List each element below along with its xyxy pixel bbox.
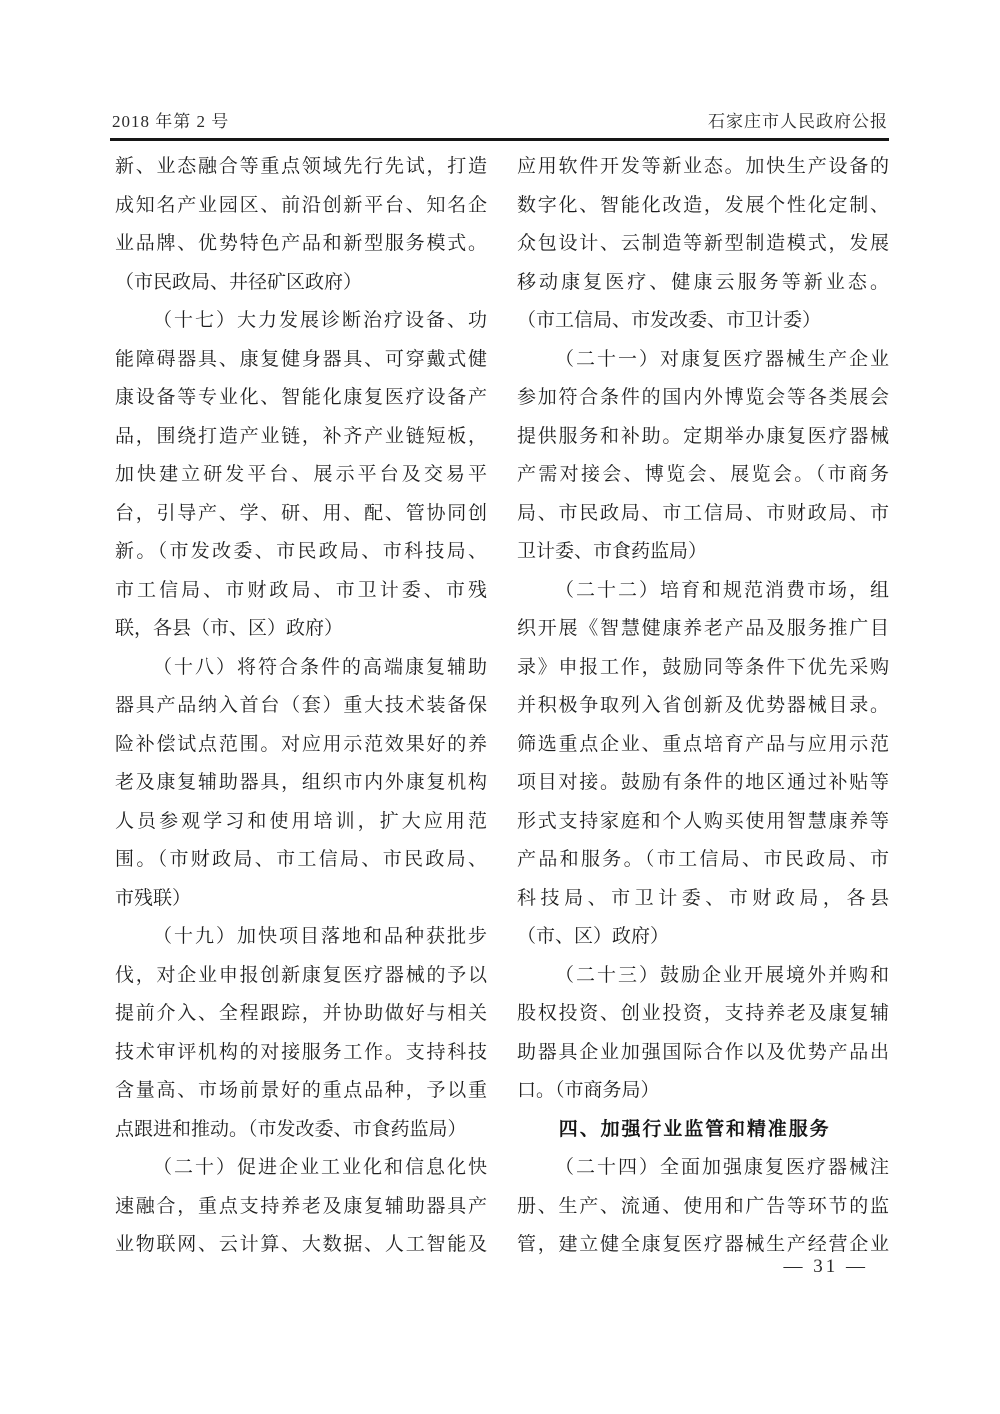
text-line: （市民政局、井径矿区政府） xyxy=(115,264,487,303)
text-line: 台，引导产、学、研、用、配、管协同创 xyxy=(115,495,487,534)
text-line: 市残联） xyxy=(115,880,487,919)
text-line: 技术审评机构的对接服务工作。支持科技 xyxy=(115,1034,487,1073)
text-line: 筛选重点企业、重点培育产品与应用示范 xyxy=(517,726,889,765)
text-line: （二十二）培育和规范消费市场，组 xyxy=(517,572,889,611)
left-text-column: 新、业态融合等重点领域先行先试，打造成知名产业园区、前沿创新平台、知名企业品牌、… xyxy=(115,148,487,1265)
text-line: （市、区）政府） xyxy=(517,918,889,957)
text-line: （十八）将符合条件的高端康复辅助 xyxy=(115,649,487,688)
text-line: 项目对接。鼓励有条件的地区通过补贴等 xyxy=(517,764,889,803)
page-number: — 31 — xyxy=(784,1256,869,1277)
text-line: 伐，对企业申报创新康复医疗器械的予以 xyxy=(115,957,487,996)
text-line: 点跟进和推动。（市发改委、市食药监局） xyxy=(115,1111,487,1150)
text-line: 数字化、智能化改造，发展个性化定制、 xyxy=(517,187,889,226)
text-line: 险补偿试点范围。对应用示范效果好的养 xyxy=(115,726,487,765)
text-line: 康设备等专业化、智能化康复医疗设备产 xyxy=(115,379,487,418)
text-line: 录》申报工作，鼓励同等条件下优先采购 xyxy=(517,649,889,688)
text-line: 参加符合条件的国内外博览会等各类展会 xyxy=(517,379,889,418)
section-heading: 四、加强行业监管和精准服务 xyxy=(517,1111,889,1150)
text-line: （市工信局、市发改委、市卫计委） xyxy=(517,302,889,341)
text-line: 加快建立研发平台、展示平台及交易平 xyxy=(115,456,487,495)
right-text-column: 应用软件开发等新业态。加快生产设备的数字化、智能化改造，发展个性化定制、众包设计… xyxy=(517,148,889,1265)
text-line: 新。（市发改委、市民政局、市科技局、 xyxy=(115,533,487,572)
text-line: （二十四）全面加强康复医疗器械注 xyxy=(517,1149,889,1188)
text-line: 并积极争取列入省创新及优势器械目录。 xyxy=(517,687,889,726)
page-footer: — 31 — xyxy=(110,1256,868,1278)
text-line: 器具产品纳入首台（套）重大技术装备保 xyxy=(115,687,487,726)
text-line: （十九）加快项目落地和品种获批步 xyxy=(115,918,487,957)
text-line: 围。（市财政局、市工信局、市民政局、 xyxy=(115,841,487,880)
text-line: 科技局、市卫计委、市财政局，各县 xyxy=(517,880,889,919)
text-line: 老及康复辅助器具，组织市内外康复机构 xyxy=(115,764,487,803)
text-line: 提前介入、全程跟踪，并协助做好与相关 xyxy=(115,995,487,1034)
text-line: 产需对接会、博览会、展览会。（市商务 xyxy=(517,456,889,495)
text-line: 织开展《智慧健康养老产品及服务推广目 xyxy=(517,610,889,649)
text-line: 股权投资、创业投资，支持养老及康复辅 xyxy=(517,995,889,1034)
header-issue-label: 2018 年第 2 号 xyxy=(112,107,229,132)
header-gazette-title: 石家庄市人民政府公报 xyxy=(708,107,888,132)
page-header: 2018 年第 2 号 石家庄市人民政府公报 xyxy=(112,107,888,132)
text-line: 助器具企业加强国际合作以及优势产品出 xyxy=(517,1034,889,1073)
text-line: （十七）大力发展诊断治疗设备、功 xyxy=(115,302,487,341)
text-line: 品，围绕打造产业链，补齐产业链短板， xyxy=(115,418,487,457)
text-line: 册、生产、流通、使用和广告等环节的监 xyxy=(517,1188,889,1227)
text-line: 人员参观学习和使用培训，扩大应用范 xyxy=(115,803,487,842)
text-line: 形式支持家庭和个人购买使用智慧康养等 xyxy=(517,803,889,842)
text-line: 众包设计、云制造等新型制造模式，发展 xyxy=(517,225,889,264)
text-line: 应用软件开发等新业态。加快生产设备的 xyxy=(517,148,889,187)
text-line: 联，各县（市、区）政府） xyxy=(115,610,487,649)
text-line: 局、市民政局、市工信局、市财政局、市 xyxy=(517,495,889,534)
text-line: 产品和服务。（市工信局、市民政局、市 xyxy=(517,841,889,880)
text-line: 卫计委、市食药监局） xyxy=(517,533,889,572)
text-line: 市工信局、市财政局、市卫计委、市残 xyxy=(115,572,487,611)
text-line: （二十一）对康复医疗器械生产企业 xyxy=(517,341,889,380)
text-line: 提供服务和补助。定期举办康复医疗器械 xyxy=(517,418,889,457)
text-line: 业品牌、优势特色产品和新型服务模式。 xyxy=(115,225,487,264)
text-line: 移动康复医疗、健康云服务等新业态。 xyxy=(517,264,889,303)
text-line: 新、业态融合等重点领域先行先试，打造 xyxy=(115,148,487,187)
text-line: （二十三）鼓励企业开展境外并购和 xyxy=(517,957,889,996)
text-line: 成知名产业园区、前沿创新平台、知名企 xyxy=(115,187,487,226)
text-line: 速融合，重点支持养老及康复辅助器具产 xyxy=(115,1188,487,1227)
text-line: 口。（市商务局） xyxy=(517,1072,889,1111)
header-rule xyxy=(110,138,889,141)
text-line: （二十）促进企业工业化和信息化快 xyxy=(115,1149,487,1188)
gazette-page: 2018 年第 2 号 石家庄市人民政府公报 新、业态融合等重点领域先行先试，打… xyxy=(0,0,1000,1414)
text-line: 含量高、市场前景好的重点品种，予以重 xyxy=(115,1072,487,1111)
text-line: 能障碍器具、康复健身器具、可穿戴式健 xyxy=(115,341,487,380)
